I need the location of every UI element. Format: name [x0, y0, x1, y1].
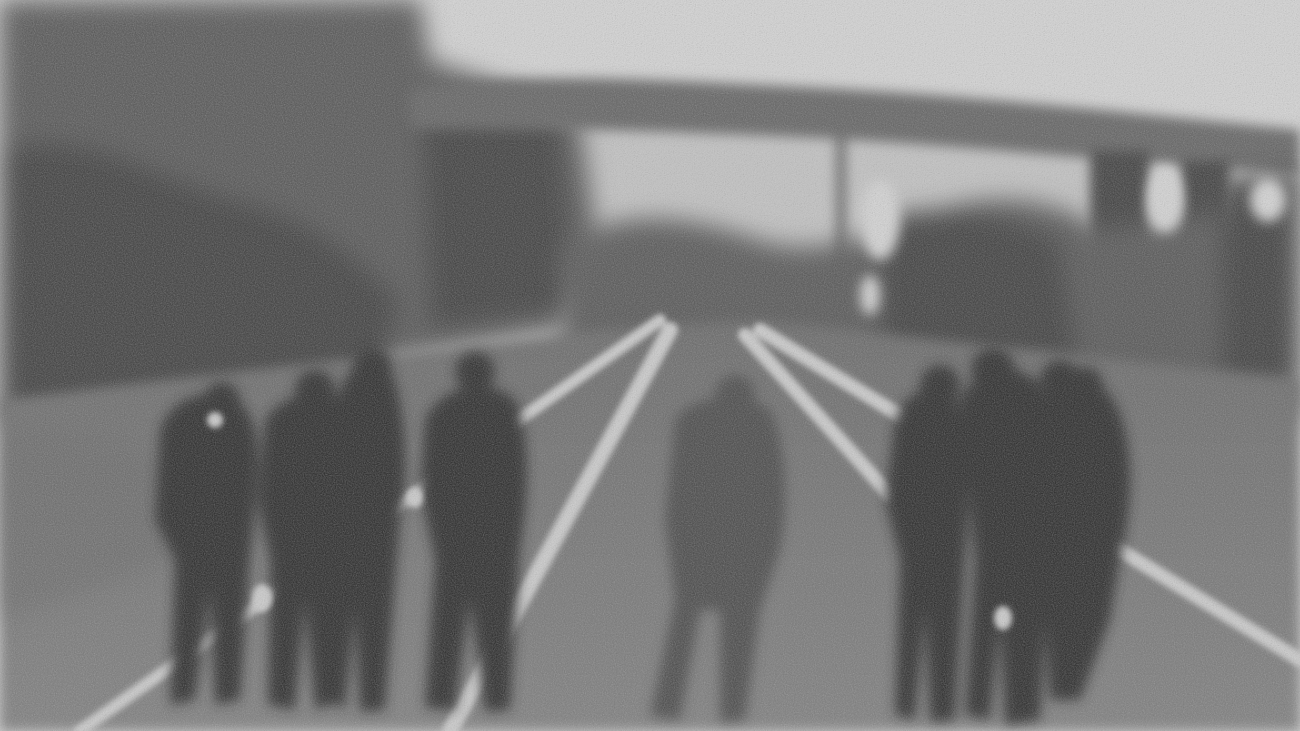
photo-scene — [0, 0, 1300, 731]
photograph: Nine figures standing on railroad tracks… — [0, 0, 1300, 731]
